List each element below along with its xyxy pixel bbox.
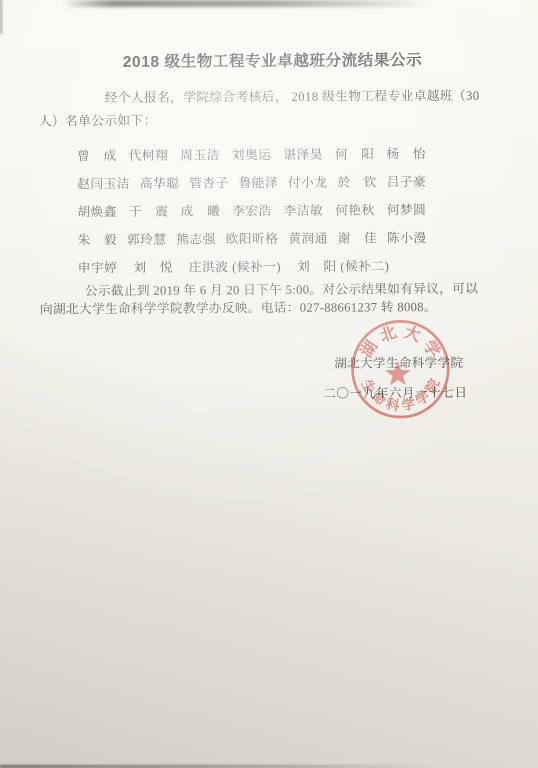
student-name-list: 曾 成 代柯翔 周玉洁 刘奥运 谌泽昊 何 阳 杨 怡 赵闫玉洁 高华聪 管杏子… [77, 138, 427, 280]
student-name: 成 曦 [180, 200, 220, 219]
star-icon [385, 361, 411, 386]
student-name: 熊志强 [176, 228, 216, 247]
name-row: 朱 毅 郭玲慧 熊志强 欧阳昕格 黄润通 谢 佳 陈小漫 [77, 222, 426, 252]
student-name: 杨 怡 [386, 143, 426, 162]
student-name: 付小龙 [288, 171, 328, 190]
student-name: 何 阳 [335, 143, 375, 162]
intro-paragraph: 经个人报名，学院综合考核后， 2018 级生物工程专业卓越班（30 人）名单公示… [39, 85, 491, 133]
student-name: 欧阳昕格 [226, 227, 279, 246]
name-row: 赵闫玉洁 高华聪 管杏子 鲁能泽 付小龙 於 钦 吕子豪 [77, 166, 426, 196]
student-name: 刘奥运 [232, 143, 272, 162]
student-name: 吕子豪 [387, 171, 427, 190]
student-name: 郭玲慧 [127, 228, 167, 247]
student-name: 朱 毅 [78, 228, 118, 247]
student-name: 庄洪波 (候补一) [189, 255, 281, 275]
student-name: 代柯翔 [129, 144, 169, 163]
student-name: 胡焕鑫 [77, 200, 117, 219]
student-name: 陈小漫 [387, 227, 427, 246]
student-name: 何艳秋 [335, 199, 375, 218]
student-name: 黄润通 [288, 227, 328, 246]
student-name: 周玉洁 [180, 144, 220, 163]
seal-character: 科 [385, 395, 402, 413]
name-row: 胡焕鑫 干 震 成 曦 李宏浩 李洁敏 何艳秋 何梦圆 [77, 194, 426, 224]
photo-edge-shadow-left [0, 0, 2, 34]
student-name: 刘 阳 (候补二) [297, 255, 389, 275]
student-name: 何梦圆 [387, 199, 427, 218]
student-name: 高华聪 [140, 172, 180, 191]
document-page: 2018 级生物工程专业卓越班分流结果公示 经个人报名，学院综合考核后， 201… [0, 0, 538, 768]
student-name: 鲁能泽 [238, 171, 278, 190]
student-name: 李宏浩 [232, 199, 272, 218]
student-name: 申宇婷 [78, 256, 118, 275]
student-name: 赵闫玉洁 [77, 172, 130, 191]
student-name: 刘 悦 [133, 256, 173, 275]
student-name: 干 震 [129, 200, 169, 219]
student-name: 曾 成 [77, 144, 117, 163]
photo-edge-shadow-top [62, 0, 430, 7]
student-name: 管杏子 [189, 172, 229, 191]
student-name: 於 钦 [337, 171, 377, 190]
student-name: 李洁敏 [284, 199, 324, 218]
seal-character: 学 [419, 337, 444, 361]
photo-background: 2018 级生物工程专业卓越班分流结果公示 经个人报名，学院综合考核后， 201… [0, 0, 538, 768]
student-name: 谢 佳 [338, 227, 378, 246]
name-row: 曾 成 代柯翔 周玉洁 刘奥运 谌泽昊 何 阳 杨 怡 [77, 138, 426, 168]
name-row: 申宇婷 刘 悦 庄洪波 (候补一) 刘 阳 (候补二) [78, 250, 427, 280]
document-title: 2018 级生物工程专业卓越班分流结果公示 [8, 47, 536, 72]
official-seal: 湖 北 大 学 生 命 科 学 学 院 [348, 317, 453, 422]
notice-paragraph: 公示截止到 2019 年 6 月 20 日下午 5:00。对公示结果如有异议，可… [40, 281, 480, 319]
student-name: 谌泽昊 [283, 143, 323, 162]
